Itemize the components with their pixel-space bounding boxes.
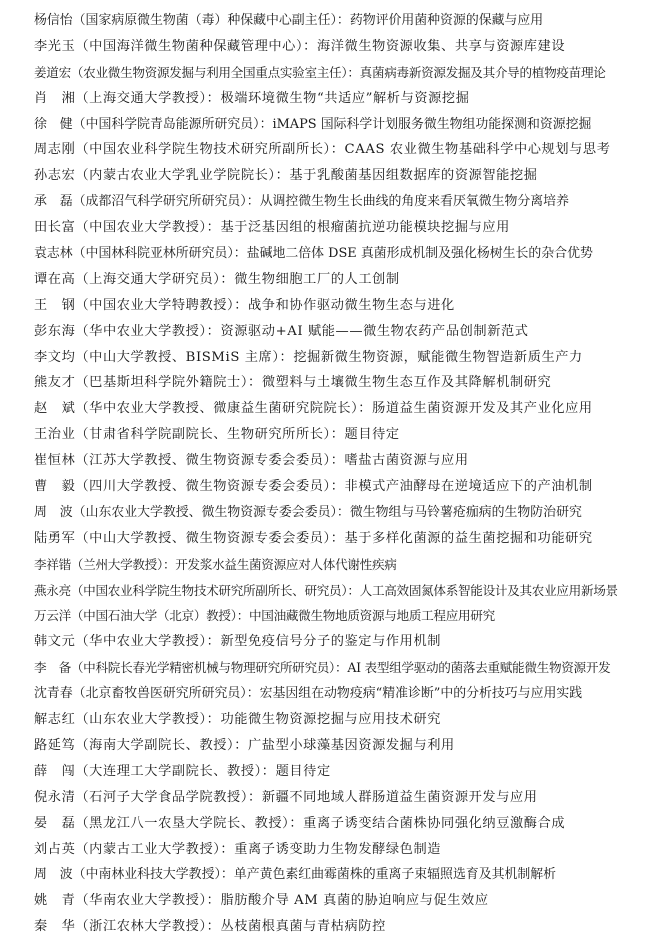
speaker-row: 姜道宏（农业微生物资源发掘与利用全国重点实验室主任）：真菌病毒新资源发掘及其介导… [34, 60, 644, 86]
speaker-row: 孙志宏（内蒙古农业大学乳业学院院长）：基于乳酸菌基因组数据库的资源智能挖掘 [34, 163, 644, 189]
speaker-name: 秦 华 [34, 919, 75, 934]
speaker-row: 周 波（山东农业大学教授、微生物资源专委会委员）：微生物组与马铃薯疮痂病的生物防… [34, 500, 644, 526]
speaker-topic: 微生物组与马铃薯疮痂病的生物防治研究 [350, 505, 582, 520]
speaker-row: 陆勇军（中山大学教授、微生物资源专委会委员）：基于多样化菌源的益生菌挖掘和功能研… [34, 526, 644, 552]
speaker-row: 燕永亮（中国农业科学院生物技术研究所副所长、研究员）：人工高效固氮体系智能设计及… [34, 578, 644, 604]
speaker-affiliation: （四川大学教授、微生物资源专委会委员）： [75, 479, 344, 494]
speaker-affiliation: （兰州大学教授）： [71, 557, 175, 572]
speaker-name: 李 备 [34, 660, 71, 675]
speaker-topic: 嗜盐古菌资源与应用 [345, 453, 469, 468]
speaker-topic: 题目待定 [345, 427, 400, 442]
speaker-topic: 中国油藏微生物地质资源与地质工程应用研究 [249, 608, 495, 623]
speaker-name: 李光玉 [34, 39, 75, 54]
speaker-row: 周 波（中南林业科技大学教授）：单产黄色素红曲霉菌株的重离子束辐照选育及其机制解… [34, 862, 644, 888]
speaker-topic: 微塑料与土壤微生物生态互作及其降解机制研究 [262, 375, 552, 390]
speaker-affiliation: （内蒙古工业大学教授）： [75, 842, 234, 857]
speaker-affiliation: （江苏大学教授、微生物资源专委会委员）： [75, 453, 344, 468]
speaker-row: 李 备（中科院长春光学精密机械与物理研究所研究员）：AI 表型组学驱动的菌落去重… [34, 655, 644, 681]
speaker-affiliation: （内蒙古农业大学乳业学院院长）： [75, 168, 289, 183]
speaker-affiliation: （中国石油大学（北京）教授）： [71, 608, 249, 623]
speaker-affiliation: （中国农业大学特聘教授）： [75, 298, 248, 313]
speaker-name: 刘占英 [34, 842, 75, 857]
speaker-topic: CAAS 农业微生物基础科学中心规划与思考 [345, 142, 611, 157]
speaker-topic: 新疆不同地域人群肠道益生菌资源开发与应用 [262, 790, 538, 805]
speaker-topic: AI 表型组学驱动的菌落去重赋能微生物资源开发 [347, 660, 610, 675]
speaker-topic: 非模式产油酵母在逆境适应下的产油机制 [345, 479, 593, 494]
speaker-topic: 盐碱地二倍体 DSE 真菌形成机制及强化杨树生长的杂合优势 [247, 246, 593, 261]
speaker-topic: 战争和协作驱动微生物生态与进化 [248, 298, 455, 313]
speaker-topic: 挖掘新微生物资源，赋能微生物智造新质生产力 [293, 350, 583, 365]
speaker-row: 赵 斌（华中农业大学教授、微康益生菌研究院院长）：肠道益生菌资源开发及其产业化应… [34, 396, 644, 422]
speaker-affiliation: （中国林科院亚林所研究员）： [73, 246, 247, 261]
speaker-topic: 极端环境微生物“共适应”解析与资源挖掘 [220, 91, 469, 106]
speaker-affiliation: （中国海洋微生物菌种保藏管理中心）： [75, 39, 317, 54]
speaker-name: 万云洋 [34, 608, 71, 623]
speaker-name: 解志红 [34, 712, 75, 727]
speaker-name: 肖 湘 [34, 91, 75, 106]
speaker-affiliation: （黑龙江八一农垦大学院长、教授）： [75, 816, 303, 831]
speaker-topic: iMAPS 国际科学计划服务微生物组功能探测和资源挖掘 [272, 117, 591, 132]
speaker-affiliation: （华中农业大学教授）： [75, 324, 220, 339]
speaker-row: 沈青春（北京畜牧兽医研究所研究员）：宏基因组在动物疫病“精准诊断”中的分析技巧与… [34, 681, 644, 707]
speaker-row: 李光玉（中国海洋微生物菌种保藏管理中心）：海洋微生物资源收集、共享与资源库建设 [34, 34, 644, 60]
speaker-row: 杨信怡（国家病原微生物菌（毒）种保藏中心副主任）：药物评价用菌种资源的保藏与应用 [34, 8, 644, 34]
speaker-topic: 基于多样化菌源的益生菌挖掘和功能研究 [345, 531, 593, 546]
speaker-topic: 单产黄色素红曲霉菌株的重离子束辐照选育及其机制解析 [234, 867, 556, 882]
speaker-affiliation: （中国农业大学教授）： [75, 220, 220, 235]
speaker-name: 倪永清 [34, 790, 75, 805]
speaker-row: 刘占英（内蒙古工业大学教授）：重离子诱变助力生物发酵绿色制造 [34, 837, 644, 863]
speaker-list: 杨信怡（国家病原微生物菌（毒）种保藏中心副主任）：药物评价用菌种资源的保藏与应用… [34, 8, 644, 940]
speaker-affiliation: （中南林业科技大学教授）： [73, 867, 234, 882]
speaker-topic: 功能微生物资源挖掘与应用技术研究 [220, 712, 441, 727]
speaker-affiliation: （国家病原微生物菌（毒）种保藏中心副主任）： [73, 13, 350, 28]
speaker-topic: 人工高效固氮体系智能设计及其农业应用新场景 [360, 583, 618, 598]
speaker-affiliation: （华中农业大学教授）： [75, 634, 220, 649]
speaker-name: 沈青春 [34, 686, 73, 701]
speaker-affiliation: （甘肃省科学院副院长、生物研究所所长）： [75, 427, 344, 442]
speaker-topic: 海洋微生物资源收集、共享与资源库建设 [317, 39, 565, 54]
speaker-topic: 药物评价用菌种资源的保藏与应用 [350, 13, 543, 28]
speaker-row: 田长富（中国农业大学教授）：基于泛基因组的根瘤菌抗逆功能模块挖掘与应用 [34, 215, 644, 241]
speaker-topic: 基于乳酸菌基因组数据库的资源智能挖掘 [289, 168, 537, 183]
speaker-topic: 基于泛基因组的根瘤菌抗逆功能模块挖掘与应用 [220, 220, 510, 235]
speaker-affiliation: （中国科学院青岛能源所研究员）： [73, 117, 273, 132]
speaker-row: 万云洋（中国石油大学（北京）教授）：中国油藏微生物地质资源与地质工程应用研究 [34, 603, 644, 629]
speaker-name: 田长富 [34, 220, 75, 235]
speaker-topic: 肠道益生菌资源开发及其产业化应用 [372, 401, 593, 416]
speaker-row: 路延笃（海南大学副院长、教授）：广盐型小球藻基因资源发掘与利用 [34, 733, 644, 759]
speaker-affiliation: （山东农业大学教授）： [75, 712, 220, 727]
speaker-affiliation: （上海交通大学研究员）： [75, 272, 234, 287]
speaker-name: 晏 磊 [34, 816, 75, 831]
speaker-row: 承 磊（成都沼气科学研究所研究员）：从调控微生物生长曲线的角度来看厌氧微生物分离… [34, 189, 644, 215]
speaker-row: 王治业（甘肃省科学院副院长、生物研究所所长）：题目待定 [34, 422, 644, 448]
speaker-name: 承 磊 [34, 194, 73, 209]
speaker-name: 袁志林 [34, 246, 73, 261]
speaker-topic: 题目待定 [276, 764, 331, 779]
speaker-name: 熊友才 [34, 375, 75, 390]
speaker-topic: 宏基因组在动物疫病“精准诊断”中的分析技巧与应用实践 [260, 686, 583, 701]
speaker-topic: 资源驱动+AI 赋能——微生物农药产品创制新范式 [220, 324, 528, 339]
speaker-topic: 从调控微生物生长曲线的角度来看厌氧微生物分离培养 [260, 194, 569, 209]
speaker-topic: 新型免疫信号分子的鉴定与作用机制 [220, 634, 441, 649]
speaker-topic: 广盐型小球藻基因资源发掘与利用 [248, 738, 455, 753]
speaker-affiliation: （中山大学教授、微生物资源专委会委员）： [75, 531, 344, 546]
speaker-name: 谭在高 [34, 272, 75, 287]
speaker-name: 姜道宏 [34, 65, 71, 80]
speaker-affiliation: （农业微生物资源发掘与利用全国重点实验室主任）： [71, 65, 360, 80]
speaker-name: 崔恒林 [34, 453, 75, 468]
speaker-affiliation: （海南大学副院长、教授）： [75, 738, 248, 753]
speaker-row: 王 钢（中国农业大学特聘教授）：战争和协作驱动微生物生态与进化 [34, 293, 644, 319]
speaker-affiliation: （中国农业科学院生物技术研究所副所长、研究员）： [71, 583, 360, 598]
speaker-row: 崔恒林（江苏大学教授、微生物资源专委会委员）：嗜盐古菌资源与应用 [34, 448, 644, 474]
speaker-name: 王 钢 [34, 298, 75, 313]
speaker-name: 曹 毅 [34, 479, 75, 494]
speaker-affiliation: （山东农业大学教授、微生物资源专委会委员）： [73, 505, 350, 520]
speaker-affiliation: （巴基斯坦科学院外籍院士）： [75, 375, 261, 390]
speaker-row: 彭东海（华中农业大学教授）：资源驱动+AI 赋能——微生物农药产品创制新范式 [34, 319, 644, 345]
speaker-topic: 重离子诱变助力生物发酵绿色制造 [234, 842, 441, 857]
speaker-row: 谭在高（上海交通大学研究员）：微生物细胞工厂的人工创制 [34, 267, 644, 293]
speaker-name: 路延笃 [34, 738, 75, 753]
speaker-name: 徐 健 [34, 117, 73, 132]
speaker-row: 曹 毅（四川大学教授、微生物资源专委会委员）：非模式产油酵母在逆境适应下的产油机… [34, 474, 644, 500]
speaker-name: 李祥锴 [34, 557, 71, 572]
speaker-affiliation: （中山大学教授、BISMiS 主席）： [75, 350, 293, 365]
speaker-name: 李文均 [34, 350, 75, 365]
speaker-affiliation: （中科院长春光学精密机械与物理研究所研究员）： [71, 660, 347, 675]
speaker-affiliation: （大连理工大学副院长、教授）： [75, 764, 275, 779]
speaker-row: 李文均（中山大学教授、BISMiS 主席）：挖掘新微生物资源，赋能微生物智造新质… [34, 345, 644, 371]
speaker-row: 肖 湘（上海交通大学教授）：极端环境微生物“共适应”解析与资源挖掘 [34, 86, 644, 112]
speaker-topic: 重离子诱变结合菌株协同强化纳豆激酶合成 [303, 816, 565, 831]
speaker-row: 熊友才（巴基斯坦科学院外籍院士）：微塑料与土壤微生物生态互作及其降解机制研究 [34, 370, 644, 396]
speaker-row: 解志红（山东农业大学教授）：功能微生物资源挖掘与应用技术研究 [34, 707, 644, 733]
speaker-row: 姚 青（华南农业大学教授）：脂肪酸介导 AM 真菌的胁迫响应与促生效应 [34, 888, 644, 914]
speaker-row: 韩文元（华中农业大学教授）：新型免疫信号分子的鉴定与作用机制 [34, 629, 644, 655]
speaker-affiliation: （华中农业大学教授、微康益生菌研究院院长）： [75, 401, 372, 416]
speaker-affiliation: （浙江农林大学教授）： [75, 919, 220, 934]
speaker-name: 彭东海 [34, 324, 75, 339]
speaker-name: 陆勇军 [34, 531, 75, 546]
speaker-row: 晏 磊（黑龙江八一农垦大学院长、教授）：重离子诱变结合菌株协同强化纳豆激酶合成 [34, 811, 644, 837]
speaker-affiliation: （上海交通大学教授）： [75, 91, 220, 106]
speaker-row: 秦 华（浙江农林大学教授）：丛枝菌根真菌与青枯病防控 [34, 914, 644, 940]
speaker-topic: 脂肪酸介导 AM 真菌的胁迫响应与促生效应 [220, 893, 488, 908]
speaker-name: 周 波 [34, 867, 73, 882]
speaker-topic: 微生物细胞工厂的人工创制 [234, 272, 399, 287]
speaker-name: 周志刚 [34, 142, 75, 157]
speaker-name: 杨信怡 [34, 13, 73, 28]
speaker-name: 周 波 [34, 505, 73, 520]
speaker-row: 薛 闯（大连理工大学副院长、教授）：题目待定 [34, 759, 644, 785]
speaker-name: 韩文元 [34, 634, 75, 649]
speaker-row: 李祥锴（兰州大学教授）：开发浆水益生菌资源应对人体代谢性疾病 [34, 552, 644, 578]
speaker-name: 薛 闯 [34, 764, 75, 779]
speaker-topic: 真菌病毒新资源发掘及其介导的植物疫苗理论 [360, 65, 606, 80]
speaker-affiliation: （石河子大学食品学院教授）： [75, 790, 261, 805]
speaker-affiliation: （成都沼气科学研究所研究员）： [73, 194, 260, 209]
speaker-topic: 丛枝菌根真菌与青枯病防控 [220, 919, 385, 934]
speaker-name: 姚 青 [34, 893, 75, 908]
speaker-affiliation: （中国农业科学院生物技术研究所副所长）： [75, 142, 344, 157]
speaker-name: 赵 斌 [34, 401, 75, 416]
speaker-name: 孙志宏 [34, 168, 75, 183]
speaker-row: 徐 健（中国科学院青岛能源所研究员）：iMAPS 国际科学计划服务微生物组功能探… [34, 112, 644, 138]
speaker-name: 燕永亮 [34, 583, 71, 598]
speaker-row: 倪永清（石河子大学食品学院教授）：新疆不同地域人群肠道益生菌资源开发与应用 [34, 785, 644, 811]
speaker-affiliation: （北京畜牧兽医研究所研究员）： [73, 686, 260, 701]
speaker-row: 袁志林（中国林科院亚林所研究员）：盐碱地二倍体 DSE 真菌形成机制及强化杨树生… [34, 241, 644, 267]
speaker-affiliation: （华南农业大学教授）： [75, 893, 220, 908]
speaker-name: 王治业 [34, 427, 75, 442]
speaker-row: 周志刚（中国农业科学院生物技术研究所副所长）：CAAS 农业微生物基础科学中心规… [34, 137, 644, 163]
speaker-topic: 开发浆水益生菌资源应对人体代谢性疾病 [175, 557, 396, 572]
